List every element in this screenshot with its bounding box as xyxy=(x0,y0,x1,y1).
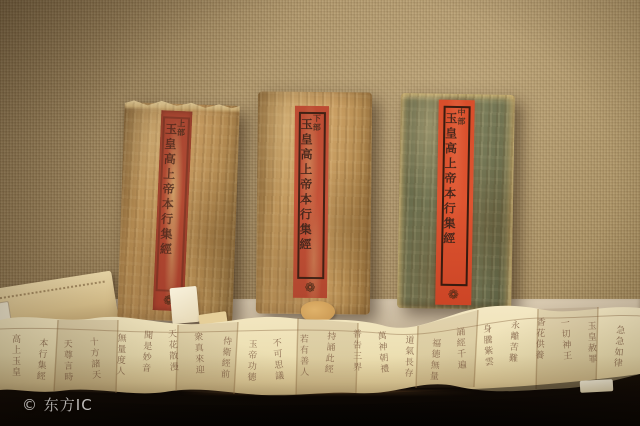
calligraphy-column: 若有善人 xyxy=(298,334,308,378)
calligraphy-column: 天尊言時 xyxy=(62,339,72,383)
calligraphy-column: 無量度人 xyxy=(114,333,125,377)
accordion-text: 高上玉皇本行集經天尊言時十方諸天無量度人聞是妙音天花散漫衆真來迎侍衛經前玉帝功德… xyxy=(0,296,640,426)
title-label-3: 玉皇高上帝本行集經 中部 ❁ xyxy=(435,100,475,306)
calligraphy-column: 玉帝功德 xyxy=(245,339,255,383)
volume-text: 下部 xyxy=(311,114,324,277)
calligraphy-column: 永離苦難 xyxy=(506,320,518,364)
calligraphy-column: 道氣長存 xyxy=(402,335,412,379)
calligraphy-column: 急急如律 xyxy=(611,325,623,370)
scripture-volume-2: 玉皇高上帝本行集經 下部 ❁ xyxy=(256,91,372,314)
calligraphy-column: 天花散漫 xyxy=(166,329,177,373)
label-frame: 玉皇高上帝本行集經 上部 xyxy=(156,116,191,292)
calligraphy-column: 香花供養 xyxy=(533,317,544,361)
calligraphy-column: 玉皇赦罪 xyxy=(586,321,596,365)
calligraphy-column: 衆真來迎 xyxy=(192,332,203,376)
floral-stamp-icon: ❁ xyxy=(305,282,316,295)
museum-photo-scene: 玉皇高上帝本行集經 上部 ❁ 玉皇高上帝本行集經 下部 ❁ 玉皇高上帝本行集經 … xyxy=(0,0,640,426)
label-frame: 玉皇高上帝本行集經 下部 xyxy=(297,112,326,279)
calligraphy-column: 十方諸天 xyxy=(87,337,99,382)
calligraphy-column: 身騰紫雲 xyxy=(480,324,492,368)
calligraphy-column: 不可思議 xyxy=(270,338,282,383)
title-label-2: 玉皇高上帝本行集經 下部 ❁ xyxy=(293,106,329,298)
calligraphy-column: 持誦此經 xyxy=(323,330,335,375)
scripture-volume-3: 玉皇高上帝本行集經 中部 ❁ xyxy=(397,93,515,310)
calligraphy-column: 聞是妙音 xyxy=(140,329,152,373)
calligraphy-column: 萬神朝禮 xyxy=(375,331,387,376)
volume-text: 中部 xyxy=(454,108,468,284)
calligraphy-column: 侍衛經前 xyxy=(218,336,230,381)
calligraphy-column: 誦經千遍 xyxy=(454,327,465,371)
watermark-credit: © 东方IC xyxy=(22,394,93,415)
calligraphy-column: 普告三界 xyxy=(350,329,359,373)
label-frame: 玉皇高上帝本行集經 中部 xyxy=(440,106,470,286)
calligraphy-column: 本行集經 xyxy=(34,337,46,382)
calligraphy-column: 高上玉皇 xyxy=(10,334,19,378)
calligraphy-column: 福德無量 xyxy=(428,338,440,383)
paper-slip xyxy=(580,379,614,393)
calligraphy-column: 一切神王 xyxy=(559,318,571,363)
